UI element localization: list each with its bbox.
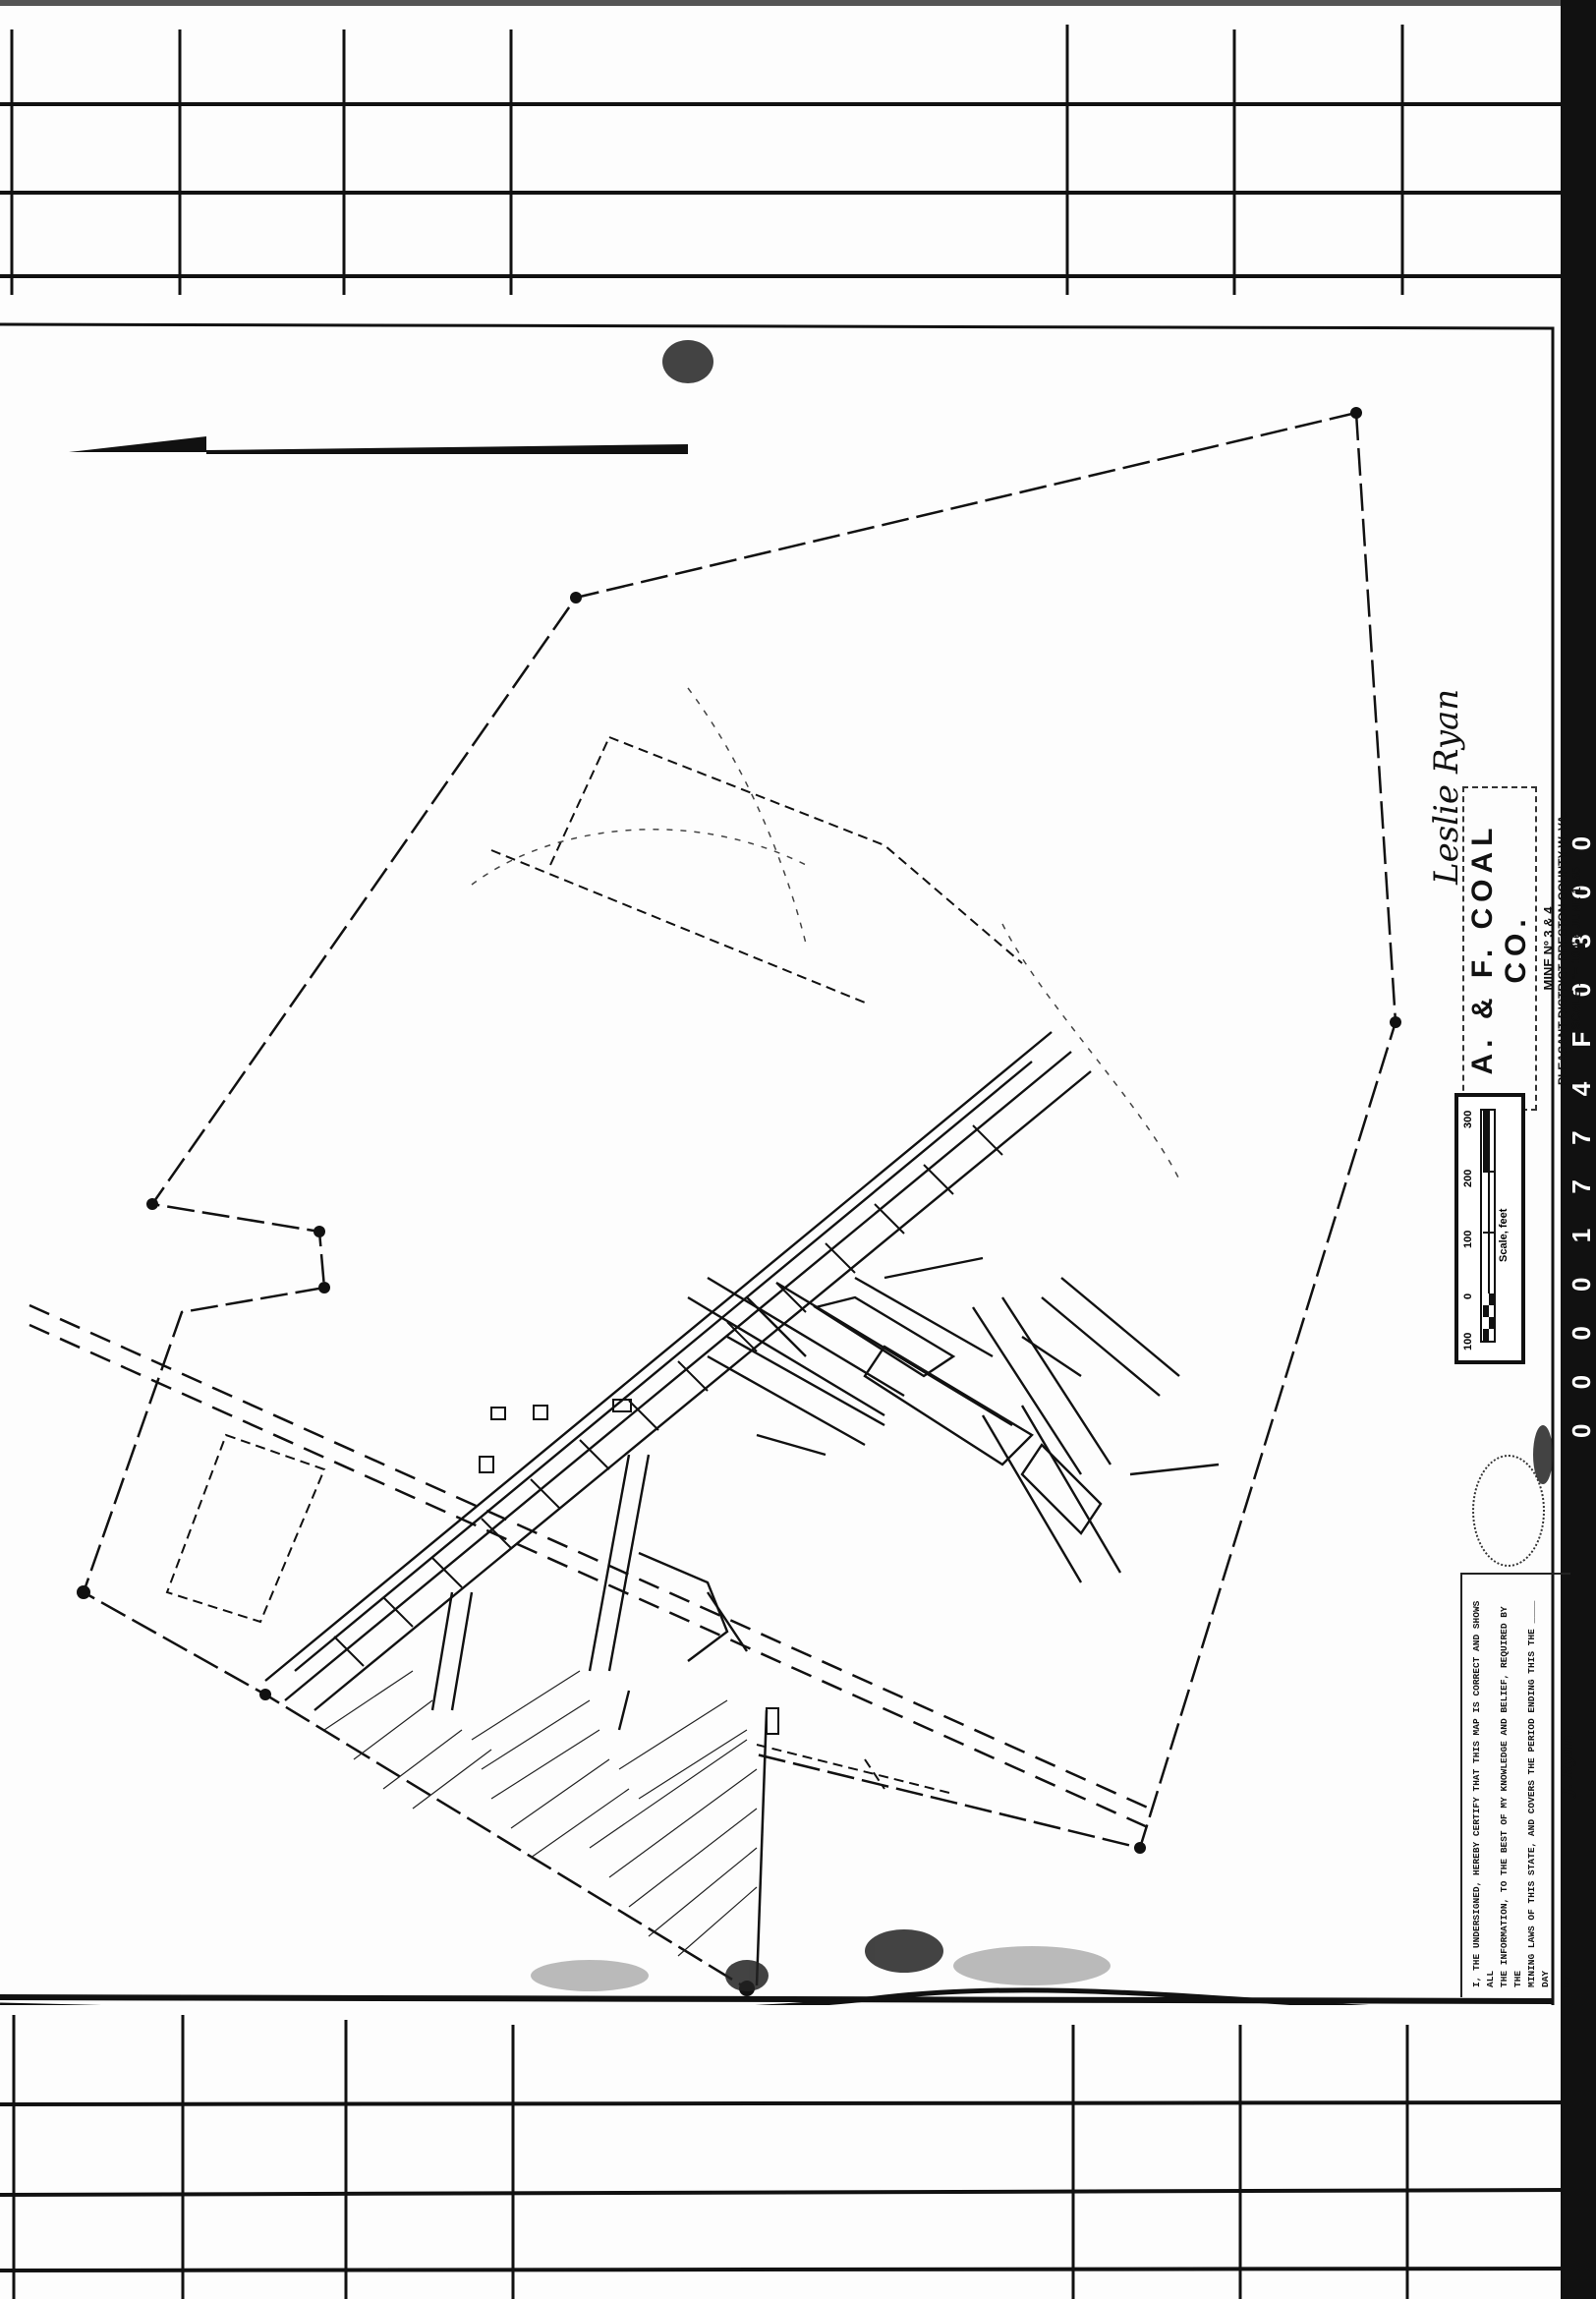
map-area bbox=[0, 315, 1572, 2005]
edge-label: 0 0 0 0 1 7 7 4 F 0 3 0 0 bbox=[1567, 590, 1592, 1671]
bottom-grid-strip bbox=[0, 2005, 1572, 2299]
mine-map-sheet: 0 0 0 0 1 7 7 4 F 0 3 0 0 Leslie Ryan A.… bbox=[0, 0, 1596, 2299]
cert-line-3: MINING LAWS OF THIS STATE, AND COVERS TH… bbox=[1525, 1584, 1553, 1987]
location: PLEASANT DISTRICT PRESTON COUNTY W. VA. bbox=[1556, 786, 1569, 1111]
cert-signature: J. Ryan bbox=[1561, 1735, 1574, 1796]
bottom-grid bbox=[0, 2005, 1572, 2299]
cert-signature-line bbox=[1562, 1808, 1573, 1965]
scale-bar-graphic bbox=[1483, 1111, 1495, 1341]
cert-line-1: I, THE UNDERSIGNED, HEREBY CERTIFY THAT … bbox=[1470, 1584, 1498, 1987]
scale-date: SCALE 1"= 100' 6 JUNE 1955 bbox=[1569, 786, 1583, 1111]
scale-caption: Scale, feet bbox=[1498, 1209, 1510, 1262]
cert-signer-prefix: By bbox=[1561, 1977, 1574, 1987]
title-block: A. & F. COAL CO. MINE Nº 3 & 4 PLEASANT … bbox=[1462, 786, 1580, 1111]
map-drawing bbox=[0, 315, 1572, 2005]
north-arrow-icon bbox=[69, 436, 688, 454]
hatched-area bbox=[324, 1671, 757, 1956]
certification-block: I, THE UNDERSIGNED, HEREBY CERTIFY THAT … bbox=[1460, 1573, 1570, 1997]
company-name: A. & F. COAL CO. bbox=[1462, 786, 1537, 1111]
scale-bar bbox=[1480, 1109, 1496, 1343]
top-grid-strip bbox=[0, 0, 1572, 315]
top-grid bbox=[0, 0, 1572, 315]
cert-line-2: THE INFORMATION, TO THE BEST OF MY KNOWL… bbox=[1498, 1584, 1525, 1987]
notary-seal bbox=[1472, 1455, 1545, 1567]
mine-number: MINE Nº 3 & 4 bbox=[1541, 786, 1556, 1111]
scale-bar-box: 100 0 100 200 300 Scale, feet bbox=[1454, 1093, 1525, 1364]
